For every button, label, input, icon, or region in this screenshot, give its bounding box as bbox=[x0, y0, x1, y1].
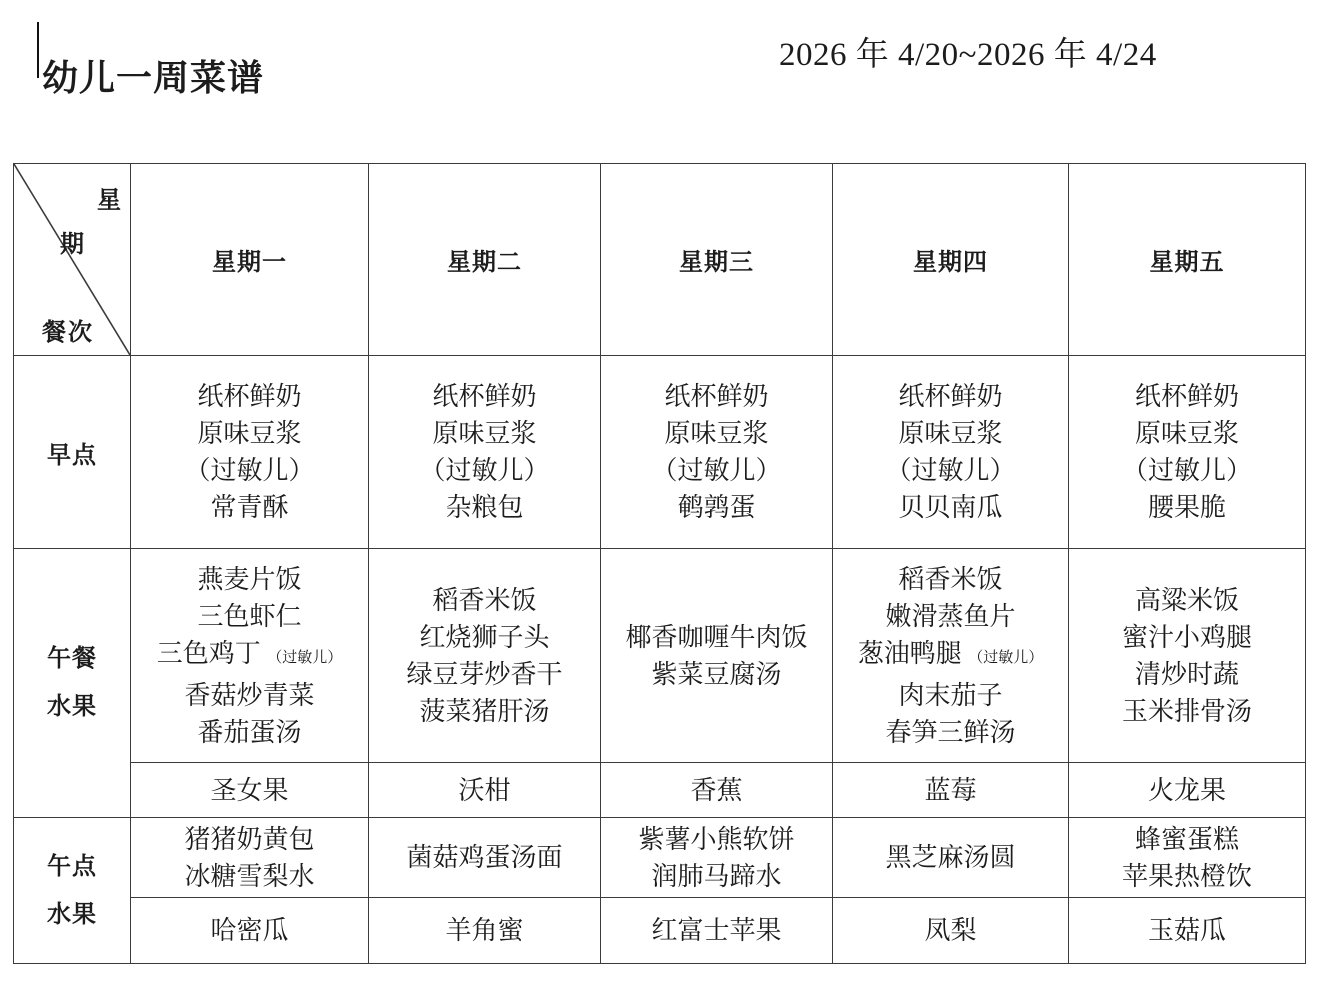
page-title[interactable]: 幼儿一周菜谱 bbox=[42, 50, 264, 101]
menu-cell: 黑芝麻汤圆 bbox=[833, 818, 1069, 898]
menu-item: 椰香咖喱牛肉饭 bbox=[601, 619, 832, 656]
corner-axis-week-char2: 期 bbox=[60, 224, 84, 259]
day-header-tuesday: 星期二 bbox=[369, 164, 601, 356]
row-label-line: 午餐 bbox=[14, 635, 130, 683]
day-header-monday: 星期一 bbox=[131, 164, 369, 356]
menu-cell: 羊角蜜 bbox=[369, 898, 601, 964]
row-label-breakfast: 早点 bbox=[14, 356, 131, 549]
menu-item: （过敏儿） bbox=[1069, 452, 1305, 489]
menu-item: 清炒时蔬 bbox=[1069, 656, 1305, 693]
text-cursor bbox=[37, 22, 39, 78]
menu-cell: 紫薯小熊软饼润肺马蹄水 bbox=[601, 818, 833, 898]
menu-item: 紫菜豆腐汤 bbox=[601, 656, 832, 693]
row-label-snack-fruit: 午点 水果 bbox=[14, 818, 131, 964]
menu-item: （过敏儿） bbox=[601, 452, 832, 489]
menu-item: 润肺马蹄水 bbox=[601, 858, 832, 895]
menu-item: 玉米排骨汤 bbox=[1069, 693, 1305, 730]
menu-item: 三色虾仁 bbox=[131, 598, 368, 635]
menu-cell: 圣女果 bbox=[131, 763, 369, 818]
menu-cell: 纸杯鲜奶原味豆浆（过敏儿）常青酥 bbox=[131, 356, 369, 549]
menu-cell: 火龙果 bbox=[1069, 763, 1306, 818]
menu-cell: 纸杯鲜奶原味豆浆（过敏儿）杂粮包 bbox=[369, 356, 601, 549]
menu-item: 春笋三鲜汤 bbox=[833, 714, 1068, 751]
menu-cell: 稻香米饭嫩滑蒸鱼片葱油鸭腿 （过敏儿）肉末茄子春笋三鲜汤 bbox=[833, 549, 1069, 763]
menu-item: 稻香米饭 bbox=[369, 582, 600, 619]
document-page: { "header": { "title": "幼儿一周菜谱", "date_r… bbox=[0, 0, 1322, 989]
menu-item: 原味豆浆 bbox=[1069, 415, 1305, 452]
menu-item: 黑芝麻汤圆 bbox=[833, 839, 1068, 876]
menu-item: 香蕉 bbox=[601, 772, 832, 809]
menu-cell: 纸杯鲜奶原味豆浆（过敏儿）腰果脆 bbox=[1069, 356, 1306, 549]
row-label-lunch-fruit: 午餐 水果 bbox=[14, 549, 131, 818]
menu-item: （过敏儿） bbox=[833, 452, 1068, 489]
menu-item: 三色鸡丁 （过敏儿） bbox=[131, 635, 368, 677]
menu-item: 纸杯鲜奶 bbox=[601, 378, 832, 415]
menu-item: 冰糖雪梨水 bbox=[131, 858, 368, 895]
corner-header-cell: 星 期 餐次 bbox=[14, 164, 131, 356]
menu-item: 火龙果 bbox=[1069, 772, 1305, 809]
menu-item: 常青酥 bbox=[131, 489, 368, 526]
menu-item: 鹌鹑蛋 bbox=[601, 489, 832, 526]
weekly-menu-table: 星 期 餐次 星期一 星期二 星期三 星期四 星期五 早点 纸杯鲜奶原味豆浆（过… bbox=[13, 163, 1306, 964]
menu-item: （过敏儿） bbox=[369, 452, 600, 489]
menu-item: 嫩滑蒸鱼片 bbox=[833, 598, 1068, 635]
menu-item: 杂粮包 bbox=[369, 489, 600, 526]
menu-item: 原味豆浆 bbox=[833, 415, 1068, 452]
day-header-friday: 星期五 bbox=[1069, 164, 1306, 356]
menu-item: 香菇炒青菜 bbox=[131, 677, 368, 714]
menu-item: 猪猪奶黄包 bbox=[131, 821, 368, 858]
menu-cell: 椰香咖喱牛肉饭紫菜豆腐汤 bbox=[601, 549, 833, 763]
menu-cell: 沃柑 bbox=[369, 763, 601, 818]
menu-cell: 燕麦片饭三色虾仁三色鸡丁 （过敏儿）香菇炒青菜番茄蛋汤 bbox=[131, 549, 369, 763]
menu-cell: 稻香米饭红烧狮子头绿豆芽炒香干菠菜猪肝汤 bbox=[369, 549, 601, 763]
row-label-line: 水果 bbox=[14, 891, 130, 939]
menu-item: 红富士苹果 bbox=[601, 912, 832, 949]
menu-item: 蓝莓 bbox=[833, 772, 1068, 809]
menu-item: 纸杯鲜奶 bbox=[369, 378, 600, 415]
menu-item: 玉菇瓜 bbox=[1069, 912, 1305, 949]
menu-item: 绿豆芽炒香干 bbox=[369, 656, 600, 693]
menu-cell: 高粱米饭蜜汁小鸡腿清炒时蔬玉米排骨汤 bbox=[1069, 549, 1306, 763]
menu-cell: 猪猪奶黄包冰糖雪梨水 bbox=[131, 818, 369, 898]
menu-item: （过敏儿） bbox=[131, 452, 368, 489]
menu-item: 菌菇鸡蛋汤面 bbox=[369, 839, 600, 876]
menu-cell: 香蕉 bbox=[601, 763, 833, 818]
menu-item: 番茄蛋汤 bbox=[131, 714, 368, 751]
menu-item-text: 葱油鸭腿 bbox=[858, 639, 962, 668]
allergy-note: （过敏儿） bbox=[267, 650, 342, 666]
menu-item: 圣女果 bbox=[131, 772, 368, 809]
menu-item: 蜂蜜蛋糕 bbox=[1069, 821, 1305, 858]
menu-item: 肉末茄子 bbox=[833, 677, 1068, 714]
menu-cell: 蜂蜜蛋糕苹果热橙饮 bbox=[1069, 818, 1306, 898]
menu-item: 贝贝南瓜 bbox=[833, 489, 1068, 526]
menu-cell: 纸杯鲜奶原味豆浆（过敏儿）贝贝南瓜 bbox=[833, 356, 1069, 549]
menu-item: 紫薯小熊软饼 bbox=[601, 821, 832, 858]
menu-cell: 哈密瓜 bbox=[131, 898, 369, 964]
menu-item: 凤梨 bbox=[833, 912, 1068, 949]
row-label-line: 水果 bbox=[14, 683, 130, 731]
menu-item: 高粱米饭 bbox=[1069, 582, 1305, 619]
menu-item: 腰果脆 bbox=[1069, 489, 1305, 526]
day-header-thursday: 星期四 bbox=[833, 164, 1069, 356]
menu-item: 纸杯鲜奶 bbox=[833, 378, 1068, 415]
menu-cell: 菌菇鸡蛋汤面 bbox=[369, 818, 601, 898]
menu-cell: 红富士苹果 bbox=[601, 898, 833, 964]
menu-item: 哈密瓜 bbox=[131, 912, 368, 949]
menu-item: 红烧狮子头 bbox=[369, 619, 600, 656]
menu-item-text: 三色鸡丁 bbox=[157, 639, 261, 668]
menu-item: 原味豆浆 bbox=[131, 415, 368, 452]
date-range: 2026 年 4/20~2026 年 4/24 bbox=[779, 28, 1157, 75]
menu-item: 葱油鸭腿 （过敏儿） bbox=[833, 635, 1068, 677]
menu-item: 蜜汁小鸡腿 bbox=[1069, 619, 1305, 656]
menu-item: 菠菜猪肝汤 bbox=[369, 693, 600, 730]
menu-cell: 蓝莓 bbox=[833, 763, 1069, 818]
menu-item: 沃柑 bbox=[369, 772, 600, 809]
menu-cell: 纸杯鲜奶原味豆浆（过敏儿）鹌鹑蛋 bbox=[601, 356, 833, 549]
menu-item: 燕麦片饭 bbox=[131, 561, 368, 598]
menu-item: 稻香米饭 bbox=[833, 561, 1068, 598]
menu-item: 原味豆浆 bbox=[369, 415, 600, 452]
menu-cell: 玉菇瓜 bbox=[1069, 898, 1306, 964]
menu-item: 羊角蜜 bbox=[369, 912, 600, 949]
menu-item: 原味豆浆 bbox=[601, 415, 832, 452]
menu-cell: 凤梨 bbox=[833, 898, 1069, 964]
corner-axis-week-char1: 星 bbox=[97, 180, 121, 215]
menu-item: 纸杯鲜奶 bbox=[1069, 378, 1305, 415]
day-header-wednesday: 星期三 bbox=[601, 164, 833, 356]
corner-axis-meal: 餐次 bbox=[42, 312, 94, 347]
allergy-note: （过敏儿） bbox=[968, 650, 1043, 666]
menu-item: 纸杯鲜奶 bbox=[131, 378, 368, 415]
row-label-line: 午点 bbox=[14, 843, 130, 891]
menu-item: 苹果热橙饮 bbox=[1069, 858, 1305, 895]
